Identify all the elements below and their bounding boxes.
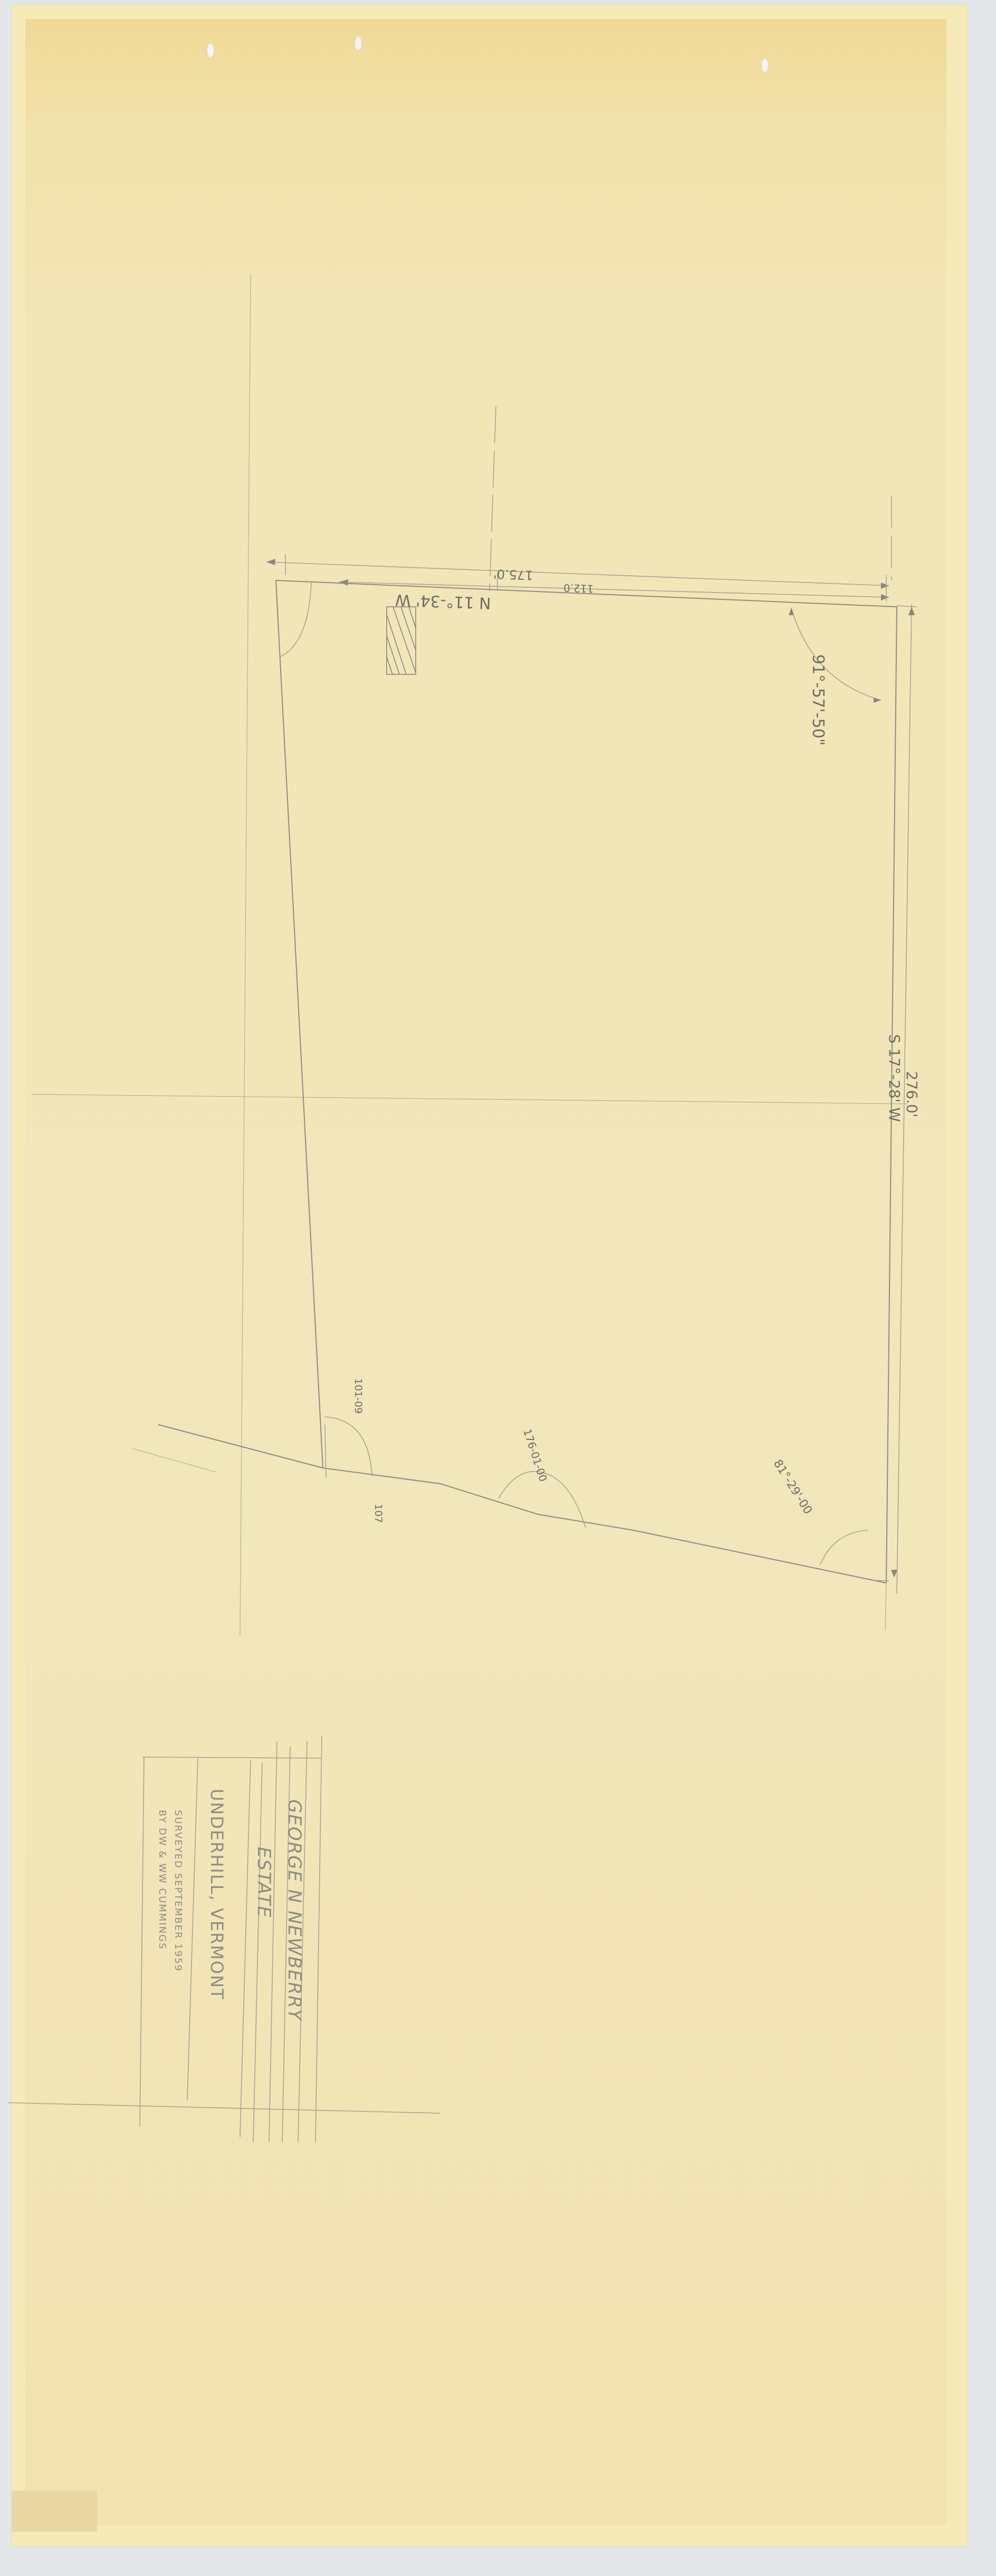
arrowhead-icon (789, 608, 794, 615)
construction-line-horizontal (32, 1094, 907, 1104)
arrowhead-icon (874, 698, 881, 703)
label-east-bearing: S 17°-28' W (886, 1034, 903, 1122)
angle-arc-southwest (324, 1417, 372, 1476)
arrowhead-icon (908, 607, 915, 615)
extension-tick (873, 1580, 889, 1581)
arrowhead-icon (891, 1570, 897, 1578)
title-surveyed-date: SURVEYED SEPTEMBER 1959 (173, 1810, 184, 1972)
label-north-bearing: N 11°-34' W (395, 590, 492, 612)
title-owner: GEORGE N NEWBERRY (284, 1799, 305, 2021)
angle-arc-northeast (791, 608, 881, 700)
label-south-segment: 107 (372, 1504, 384, 1523)
road-line-west (158, 1425, 323, 1468)
title-subtitle: ESTATE (253, 1847, 274, 1919)
arrowhead-icon (266, 559, 275, 565)
building-hatch (387, 607, 416, 674)
building-outline (387, 607, 416, 674)
title-location: UNDERHILL, VERMONT (207, 1789, 227, 2000)
reference-line-dashed (490, 406, 496, 591)
label-angle-northeast: 91°-57'-50" (809, 654, 827, 746)
construction-line-left (240, 274, 251, 1636)
corner-offset-line (325, 1425, 326, 1477)
road-line-secondary (132, 1448, 216, 1472)
arrowhead-icon (339, 579, 348, 586)
label-north-partial: 112.0 (563, 581, 594, 595)
label-angle-southwest: 101-09 (352, 1378, 364, 1414)
arrowhead-icon (881, 594, 889, 600)
arrowhead-icon (881, 583, 889, 589)
extension-line (885, 1583, 886, 1630)
label-east-length: 276.0' (903, 1071, 921, 1118)
angle-arc-northwest (280, 583, 311, 657)
title-surveyors: BY DW & WW CUMMINGS (157, 1810, 168, 1950)
angle-arc-southeast (820, 1530, 868, 1564)
extension-tick (897, 606, 917, 607)
label-north-length: 175.0' (493, 566, 533, 583)
survey-linework (0, 0, 996, 2576)
parcel-boundary (276, 580, 897, 1583)
